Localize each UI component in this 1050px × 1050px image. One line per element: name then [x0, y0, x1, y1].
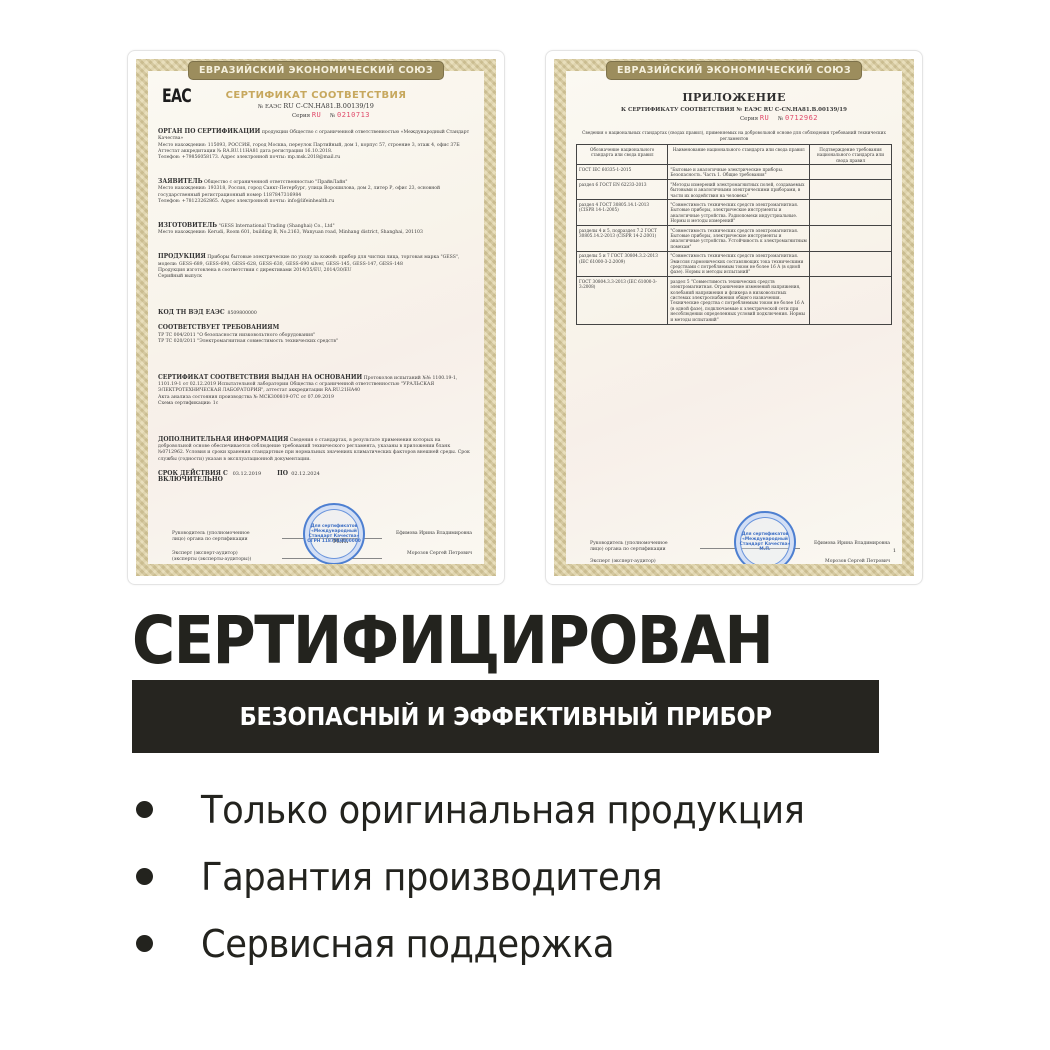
- series-code: RU: [312, 111, 321, 119]
- section-text: "GESS International Trading (Shanghai) C…: [219, 224, 335, 229]
- bullet-dot-icon: [136, 935, 153, 952]
- section-heading: ИЗГОТОВИТЕЛЬ: [158, 222, 217, 229]
- signature-role: Руководитель (уполномоченное лицо) орган…: [172, 531, 262, 543]
- table-cell: [810, 251, 892, 277]
- table-cell: [810, 226, 892, 252]
- page-number: 1: [893, 548, 896, 554]
- appendix-card[interactable]: ПРИЛОЖЕНИЕ К СЕРТИФИКАТУ СООТВЕТСТВИЯ № …: [545, 50, 923, 585]
- table-cell: "Бытовые и аналогичные электрические при…: [668, 165, 810, 180]
- table-row: ГОСТ 30804.3.3-2013 (IEC 61000-3-3:2008)…: [577, 277, 892, 324]
- table-cell: ГОСТ IEC 60335-1-2015: [577, 165, 668, 180]
- table-cell: [810, 180, 892, 200]
- certification-stamp-icon: Для сертификатов «Международный Стандарт…: [303, 503, 365, 564]
- section-heading: КОД ТН ВЭД ЕАЭС: [158, 309, 225, 316]
- section-heading: ДОПОЛНИТЕЛЬНАЯ ИНФОРМАЦИЯ: [158, 436, 288, 443]
- valid-from: 03.12.2019: [233, 471, 262, 477]
- certificate-frame: EAC СЕРТИФИКАТ СООТВЕТСТВИЯ № ЕАЭС RU C-…: [136, 59, 496, 576]
- table-row: раздел 4 ГОСТ 30805.14.1-2013 (CISPR 14-…: [577, 200, 892, 226]
- certification-stamp-icon: Для сертификатов «Международный Стандарт…: [734, 511, 796, 564]
- section-line: Серийный выпуск: [158, 274, 202, 279]
- series-no-label: №: [778, 116, 783, 122]
- table-cell: разделы 5 и 7 ГОСТ 30804.3.2-2013 (IEC 6…: [577, 251, 668, 277]
- headline-certified: СЕРТИФИЦИРОВАН: [132, 608, 835, 674]
- certificate-number-label: № ЕАЭС: [258, 104, 282, 110]
- list-item: Только оригинальная продукция: [130, 776, 850, 843]
- benefit-text: Сервисная поддержка: [201, 922, 614, 966]
- table-header-row: Обозначение национального стандарта или …: [577, 145, 892, 165]
- stamp-line: ОГРН 1187746000000: [307, 539, 361, 544]
- standards-table: Обозначение национального стандарта или …: [576, 144, 892, 324]
- union-banner: ЕВРАЗИЙСКИЙ ЭКОНОМИЧЕСКИЙ СОЮЗ: [606, 61, 862, 80]
- section-heading: СЕРТИФИКАТ СООТВЕТСТВИЯ ВЫДАН НА ОСНОВАН…: [158, 374, 362, 381]
- column-header: Подтверждение требования национального с…: [810, 145, 892, 165]
- certificate-document: EAC СЕРТИФИКАТ СООТВЕТСТВИЯ № ЕАЭС RU C-…: [148, 71, 484, 564]
- section-requirements: СООТВЕТСТВУЕТ ТРЕБОВАНИЯМ ТР ТС 004/2011…: [158, 325, 474, 345]
- table-row: разделы 5 и 7 ГОСТ 30804.3.2-2013 (IEC 6…: [577, 251, 892, 277]
- section-basis: СЕРТИФИКАТ СООТВЕТСТВИЯ ВЫДАН НА ОСНОВАН…: [158, 375, 474, 407]
- section-line: Место нахождения: Kerudi, Room 601, buil…: [158, 230, 423, 235]
- union-banner: ЕВРАЗИЙСКИЙ ЭКОНОМИЧЕСКИЙ СОЮЗ: [188, 61, 444, 80]
- section-heading: СООТВЕТСТВУЕТ ТРЕБОВАНИЯМ: [158, 324, 279, 331]
- table-cell: раздел 6 ГОСТ EN 62233-2013: [577, 180, 668, 200]
- appendix-title: ПРИЛОЖЕНИЕ: [576, 95, 892, 101]
- table-row: разделы 4 и 5, подраздел 7.2 ГОСТ 30805.…: [577, 226, 892, 252]
- validity-to-label: ПО: [277, 470, 288, 477]
- section-additional-info: ДОПОЛНИТЕЛЬНАЯ ИНФОРМАЦИЯ Сведения о ста…: [158, 437, 474, 463]
- valid-to: 02.12.2024: [291, 471, 320, 477]
- signature-name: Ефимова Ирина Владимировна: [814, 541, 890, 547]
- appendix-series: Серия RU № 0712962: [666, 114, 892, 124]
- signature-name: Морозов Сергей Петрович: [407, 551, 472, 557]
- section-heading: ЗАЯВИТЕЛЬ: [158, 178, 203, 185]
- section-line: Продукция изготовлена в соответствии с д…: [158, 268, 352, 273]
- table-cell: "Совместимость технических средств элект…: [668, 251, 810, 277]
- section-line: Телефон: +78123262865. Адрес электронной…: [158, 199, 334, 204]
- section-text: 8509800000: [228, 311, 257, 316]
- table-cell: раздел 4 ГОСТ 30805.14.1-2013 (CISPR 14-…: [577, 200, 668, 226]
- column-header: Обозначение национального стандарта или …: [577, 145, 668, 165]
- section-manufacturer: ИЗГОТОВИТЕЛЬ "GESS International Trading…: [158, 223, 474, 236]
- column-header: Наименование национального стандарта или…: [668, 145, 810, 165]
- section-line: ТР ТС 020/2011 "Электромагнитная совмест…: [158, 339, 338, 344]
- series-label: Серия: [292, 113, 310, 119]
- signature-name: Ефимова Ирина Владимировна: [396, 531, 472, 537]
- benefits-list: Только оригинальная продукция Гарантия п…: [130, 776, 850, 977]
- signature-role: Эксперт (эксперт-аудитор) (эксперты (экс…: [590, 559, 680, 564]
- table-cell: ГОСТ 30804.3.3-2013 (IEC 61000-3-3:2008): [577, 277, 668, 324]
- section-line: Акта анализа состояния производства № МС…: [158, 395, 334, 400]
- certificate-number-value: RU C-CN.HA81.B.00139/19: [283, 102, 374, 110]
- section-certification-body: ОРГАН ПО СЕРТИФИКАЦИИ продукции Общество…: [158, 129, 474, 161]
- section-line: Аттестат аккредитации № RA.RU.11HA81 дат…: [158, 149, 332, 154]
- table-cell: разделы 4 и 5, подраздел 7.2 ГОСТ 30805.…: [577, 226, 668, 252]
- validity-suffix: ВКЛЮЧИТЕЛЬНО: [158, 476, 223, 483]
- section-line: Телефон: +79856058173. Адрес электронной…: [158, 155, 340, 160]
- appendix-subtitle: К СЕРТИФИКАТУ СООТВЕТСТВИЯ № ЕАЭС RU C-C…: [576, 107, 892, 114]
- appendix-note: Сведения о национальных стандартах (свод…: [576, 130, 892, 141]
- certificate-card[interactable]: EAC СЕРТИФИКАТ СООТВЕТСТВИЯ № ЕАЭС RU C-…: [127, 50, 505, 585]
- series-code: RU: [760, 114, 769, 122]
- section-line: Место нахождения: 193318, Россия, город …: [158, 186, 440, 197]
- certificate-number: № ЕАЭС RU C-CN.HA81.B.00139/19: [158, 102, 474, 111]
- signature-role: Эксперт (эксперт-аудитор) (эксперты (экс…: [172, 551, 262, 563]
- series-no-label: №: [330, 113, 335, 119]
- benefit-text: Гарантия производителя: [201, 855, 662, 899]
- certificate-title: СЕРТИФИКАТ СООТВЕТСТВИЯ: [158, 93, 474, 99]
- table-cell: раздел 5 "Совместимость технических сред…: [668, 277, 810, 324]
- bullet-dot-icon: [136, 801, 153, 818]
- table-cell: "Методы измерений электромагнитных полей…: [668, 180, 810, 200]
- section-text: Общество с ограниченной ответственностью…: [204, 180, 347, 185]
- bullet-dot-icon: [136, 868, 153, 885]
- table-row: ГОСТ IEC 60335-1-2015"Бытовые и аналогич…: [577, 165, 892, 180]
- section-hs-code: КОД ТН ВЭД ЕАЭС 8509800000: [158, 310, 474, 317]
- list-item: Сервисная поддержка: [130, 910, 850, 977]
- signature-name: Морозов Сергей Петрович: [825, 559, 890, 564]
- section-line: Место нахождения: 115093, РОССИЯ, город …: [158, 143, 460, 148]
- stamp-line: М.П.: [759, 547, 770, 552]
- table-cell: "Совместимость технических средств элект…: [668, 226, 810, 252]
- table-cell: [810, 277, 892, 324]
- section-applicant: ЗАЯВИТЕЛЬ Общество с ограниченной ответс…: [158, 179, 474, 205]
- signature-role: Руководитель (уполномоченное лицо) орган…: [590, 541, 680, 553]
- section-heading: ОРГАН ПО СЕРТИФИКАЦИИ: [158, 128, 260, 135]
- series-no: 0210713: [337, 111, 370, 119]
- table-cell: [810, 165, 892, 180]
- appendix-document: ПРИЛОЖЕНИЕ К СЕРТИФИКАТУ СООТВЕТСТВИЯ № …: [566, 71, 902, 564]
- table-cell: [810, 200, 892, 226]
- table-cell: "Совместимость технических средств элект…: [668, 200, 810, 226]
- certificate-series: Серия RU № 0210713: [188, 111, 474, 121]
- banner-bar: БЕЗОПАСНЫЙ И ЭФФЕКТИВНЫЙ ПРИБОР: [132, 680, 879, 753]
- banner-text: БЕЗОПАСНЫЙ И ЭФФЕКТИВНЫЙ ПРИБОР: [239, 702, 771, 731]
- section-line: Схема сертификации: 1с: [158, 401, 218, 406]
- benefit-text: Только оригинальная продукция: [201, 788, 804, 832]
- list-item: Гарантия производителя: [130, 843, 850, 910]
- section-line: ТР ТС 004/2011 "О безопасности низковоль…: [158, 333, 315, 338]
- series-no: 0712962: [785, 114, 818, 122]
- validity-period: СРОК ДЕЙСТВИЯ С 03.12.2019 ПО 02.12.2024…: [158, 471, 474, 483]
- appendix-frame: ПРИЛОЖЕНИЕ К СЕРТИФИКАТУ СООТВЕТСТВИЯ № …: [554, 59, 914, 576]
- section-heading: ПРОДУКЦИЯ: [158, 253, 206, 260]
- series-label: Серия: [740, 116, 758, 122]
- table-row: раздел 6 ГОСТ EN 62233-2013"Методы измер…: [577, 180, 892, 200]
- section-product: ПРОДУКЦИЯ Приборы бытовые электрические …: [158, 254, 474, 280]
- eac-logo-icon: EAC: [162, 93, 191, 99]
